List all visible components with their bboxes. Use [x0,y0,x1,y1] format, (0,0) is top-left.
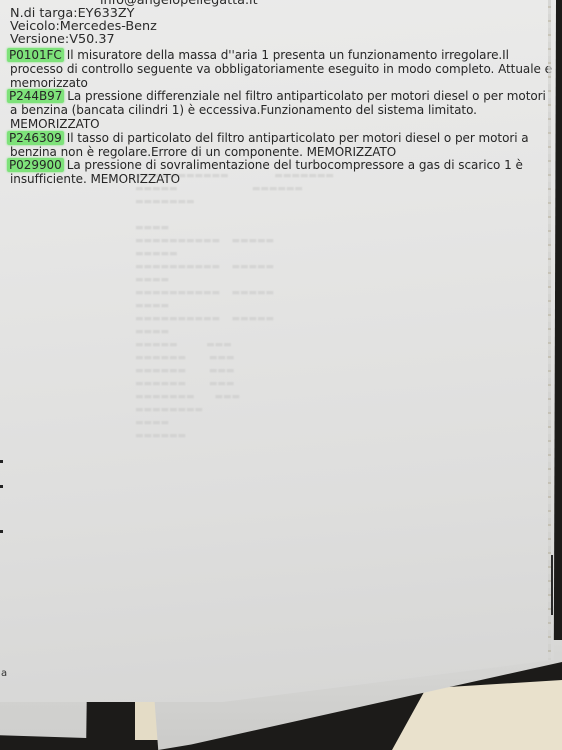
fault-code-description: Il misuratore della massa d''aria 1 pres… [10,48,552,90]
fault-code-entry: P244B97La pressione differenziale nel fi… [10,90,555,131]
header-email: info@angelopellegatta.it [100,0,258,7]
fault-code-highlight: P244B97 [7,89,64,103]
report-header: info@angelopellegatta.it N.di targa:EY63… [10,0,168,46]
report-page: ▬▬▬▬▬▬▬▬▬▬▬ ▬▬▬▬▬▬▬▬▬▬▬▬ ▬▬▬▬▬▬▬▬▬▬▬▬▬▬▬… [0,0,556,702]
fault-code-description: La pressione differenziale nel filtro an… [10,89,546,131]
fault-code-entry: P029900La pressione di sovralimentazione… [10,159,555,187]
fault-code-highlight: P029900 [7,158,64,172]
edge-text-fragment: a [1,668,7,679]
version-value: V50.37 [69,32,114,47]
fault-code-description: Il tasso di particolato del filtro antip… [10,131,529,159]
margin-mark [0,530,3,533]
fault-code-list: P0101FCIl misuratore della massa d''aria… [10,49,555,187]
version-line: Versione:V50.37 [10,33,168,46]
fault-code-highlight: P246309 [7,131,64,145]
fault-code-description: La pressione di sovralimentazione del tu… [10,158,523,186]
margin-mark [0,485,3,488]
margin-mark [0,460,3,463]
fault-code-entry: P246309Il tasso di particolato del filtr… [10,132,555,160]
version-label: Versione: [10,32,69,47]
fault-code-highlight: P0101FC [7,48,64,62]
paper-edge-shadow [551,555,553,615]
bleed-through-text: ▬▬▬▬▬▬▬▬▬▬▬ ▬▬▬▬▬▬▬▬▬▬▬▬ ▬▬▬▬▬▬▬▬▬▬▬▬▬▬▬… [135,170,334,443]
fault-code-entry: P0101FCIl misuratore della massa d''aria… [10,49,555,90]
